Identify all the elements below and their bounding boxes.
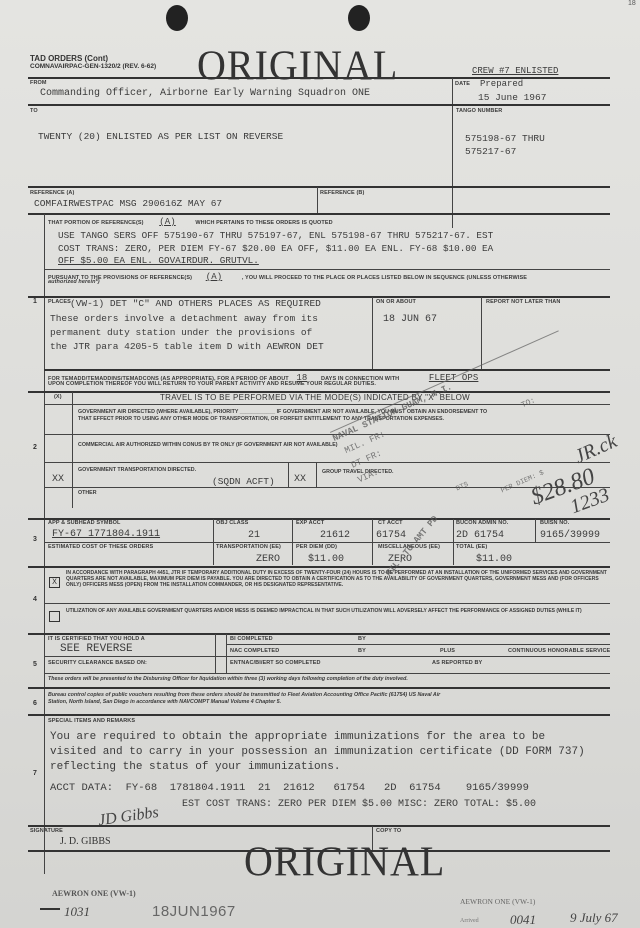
total-label: TOTAL (ee) — [456, 544, 487, 550]
quoted-text: USE TANGO SERS OFF 575190-67 THRU 575197… — [58, 230, 493, 268]
ent-label: ENTNAC/BI/ERT SO COMPLETED — [230, 660, 321, 666]
endorse-left-num: 1031 — [64, 904, 90, 920]
endorse-right-num: 0041 — [510, 912, 536, 928]
ref-b-label: REFERENCE (b) — [320, 190, 364, 196]
divider — [372, 297, 373, 369]
ct-value: 61754 — [376, 530, 406, 541]
divider — [44, 462, 610, 463]
group-mark: XX — [294, 474, 306, 485]
row-number: 4 — [33, 596, 37, 603]
special-items-label: SPECIAL ITEMS AND REMARKS — [48, 718, 135, 724]
certified-label: IT IS CERTIFIED THAT YOU HOLD A — [48, 636, 145, 642]
special-remarks: You are required to obtain the appropria… — [50, 730, 585, 775]
divider — [44, 656, 610, 657]
est-cost-line: EST COST TRANS: ZERO PER DIEM $5.00 MISC… — [182, 799, 536, 810]
pursuant-label: PURSUANT TO THE PROVISIONS OF REFERENCE(… — [48, 272, 527, 282]
buiso-label: BUISN NO. — [540, 520, 569, 526]
reported-by: AS REPORTED BY — [432, 660, 482, 666]
form-number: COMNAVAIRPAC-GEN-1320/2 (REV. 6-62) — [30, 63, 156, 70]
punch-hole — [348, 5, 370, 31]
divider — [44, 269, 610, 270]
impractical-checkbox[interactable] — [49, 611, 60, 622]
divider — [28, 825, 610, 827]
ct-label: CT ACCT — [378, 520, 403, 526]
perdiem-label: PER DIEM (dd) — [296, 544, 337, 550]
perdiem-value: $11.00 — [308, 554, 344, 565]
endorse-right-label: Arrived — [460, 918, 479, 924]
impractical-text: UTILIZATION OF ANY AVAILABLE GOVERNMENT … — [66, 607, 610, 616]
app-value: FY-67 1771804.1911 — [52, 529, 160, 540]
divider — [226, 644, 610, 645]
obj-value: 21 — [248, 530, 260, 541]
exp-label: EXP ACCT — [296, 520, 324, 526]
places-details: These orders involve a detachment away f… — [50, 312, 324, 354]
endorse-right-unit: AEWRON ONE (VW-1) — [460, 897, 535, 906]
obj-label: OBJ CLASS — [216, 520, 248, 526]
date-label: DATE — [455, 81, 470, 87]
commercial-air-text: COMMERCIAL AIR AUTHORIZED WITHIN CONUS B… — [78, 442, 338, 449]
strike-mark — [40, 908, 60, 910]
certified-value: SEE REVERSE — [60, 643, 133, 655]
row-number: 3 — [33, 536, 37, 543]
divider — [535, 519, 536, 543]
places-line1: (VW-1) DET "C" AND OTHERS PLACES AS REQU… — [70, 298, 321, 309]
row-number: 7 — [33, 770, 37, 777]
gov-air-text: GOVERNMENT AIR DIRECTED (Where Available… — [78, 409, 608, 422]
from-value: Commanding Officer, Airborne Early Warni… — [40, 88, 370, 99]
endorse-left-date: 18JUN1967 — [152, 903, 236, 920]
divider — [28, 633, 610, 635]
divider — [28, 104, 610, 106]
tango-line2: 575217-67 — [465, 146, 516, 157]
endorse-right-date: 9 July 67 — [570, 910, 618, 926]
divider — [44, 542, 610, 543]
quarters-certification-checkbox[interactable]: X — [49, 577, 60, 588]
clearance-label: SECURITY CLEARANCE BASED ON: — [48, 660, 147, 666]
by-label: BY — [358, 636, 366, 642]
punch-hole — [166, 5, 188, 31]
divider — [317, 187, 318, 213]
to-label: TO — [30, 108, 38, 114]
divider — [452, 78, 453, 228]
tango-line1: 575198-67 THRU — [465, 133, 545, 144]
x-column-header: (X) — [54, 394, 62, 400]
crew-label: CREW #7 ENLISTED — [472, 66, 558, 76]
divider — [288, 463, 289, 488]
handwritten-initials: JR.ck — [571, 430, 620, 469]
stamp-dts: DTS — [455, 481, 470, 493]
ref-a-label: REFERENCE (a) — [30, 190, 74, 196]
quoted-label: THAT PORTION OF REFERENCE(S) (a) WHICH P… — [48, 217, 333, 227]
signature-name: J. D. GIBBS — [60, 836, 111, 847]
app-label: APP & SUBHEAD SYMBOL — [48, 520, 121, 526]
trans-value: ZERO — [256, 554, 280, 565]
buiso-value: 9165/39999 — [540, 530, 600, 541]
acct-data: ACCT DATA: FY-68 1781804.1911 21 21612 6… — [50, 782, 529, 794]
on-or-about-value: 18 JUN 67 — [383, 314, 437, 325]
est-label: ESTIMATED COST OF THESE ORDERS — [48, 544, 153, 550]
divider — [28, 566, 610, 568]
row-number: 5 — [33, 661, 37, 668]
divider — [44, 434, 610, 435]
row-number: 2 — [33, 444, 37, 451]
report-label: REPORT NOT LATER THAN — [486, 299, 560, 305]
period-line2: UPON COMPLETION THEREOF YOU WILL RETURN … — [48, 381, 376, 387]
from-label: FROM — [30, 80, 47, 86]
divider — [44, 487, 610, 488]
divider — [215, 634, 216, 674]
row-number: 6 — [33, 700, 37, 707]
left-margin-rule — [44, 214, 45, 874]
bureau-control-text: Bureau control copies of public vouchers… — [48, 692, 440, 706]
divider — [44, 603, 610, 604]
bucon-value: 2D 61754 — [456, 530, 504, 541]
divider — [28, 687, 610, 689]
nac-completed: NAC COMPLETED — [230, 648, 279, 654]
divider — [72, 392, 73, 508]
date-value: 15 June 1967 — [478, 92, 546, 103]
copy-to-label: COPY TO — [376, 828, 401, 834]
divider — [316, 463, 317, 488]
plus-label: PLUS — [440, 648, 455, 654]
divider — [44, 673, 610, 674]
bi-completed: BI COMPLETED — [230, 636, 273, 642]
ref-a-value: COMFAIRWESTPAC MSG 290616Z MAY 67 — [34, 198, 222, 209]
date-prepared: Prepared — [480, 79, 523, 89]
continuous-service: CONTINUOUS HONORABLE SERVICE — [508, 648, 610, 654]
pursuant-label-2: authorized herein*) — [48, 279, 100, 285]
endorse-left-unit: AEWRON ONE (VW-1) — [52, 889, 136, 898]
on-or-about-label: ON OR ABOUT — [376, 299, 416, 305]
bucon-label: BUCON ADMIN NO. — [456, 520, 508, 526]
form-title: TAD ORDERS (Cont) — [30, 54, 108, 63]
places-label: PLACES — [48, 299, 71, 305]
original-stamp-bottom: ORIGINAL — [244, 837, 445, 886]
total-value: $11.00 — [476, 554, 512, 565]
gov-trans-mark: XX — [52, 474, 64, 485]
exp-value: 21612 — [320, 530, 350, 541]
divider — [481, 297, 482, 369]
row-number: 1 — [33, 298, 37, 305]
divider — [28, 714, 610, 716]
divider — [226, 634, 227, 674]
quarters-certification-text: IN ACCORDANCE WITH PARAGRAPH 4451, JTR I… — [66, 570, 610, 588]
disbursing-note: These orders will be presented to the Di… — [48, 676, 408, 683]
other-label: OTHER — [78, 490, 97, 497]
original-stamp-top: ORIGINAL — [197, 41, 398, 90]
divider — [28, 213, 610, 215]
gov-trans-value: (SQDN ACFT) — [212, 476, 275, 487]
trans-label: TRANSPORTATION (ee) — [216, 544, 281, 550]
tango-label: TANGO NUMBER — [456, 108, 502, 114]
gov-trans-label: GOVERNMENT TRANSPORTATION DIRECTED. — [78, 467, 196, 474]
by-label: BY — [358, 648, 366, 654]
page-marker: 18 — [628, 0, 636, 7]
document-page: 18 TAD ORDERS (Cont) COMNAVAIRPAC-GEN-13… — [0, 0, 640, 928]
signature-label: SIGNATURE — [30, 828, 63, 834]
to-value: TWENTY (20) ENLISTED AS PER LIST ON REVE… — [38, 131, 283, 142]
divider — [28, 186, 610, 188]
